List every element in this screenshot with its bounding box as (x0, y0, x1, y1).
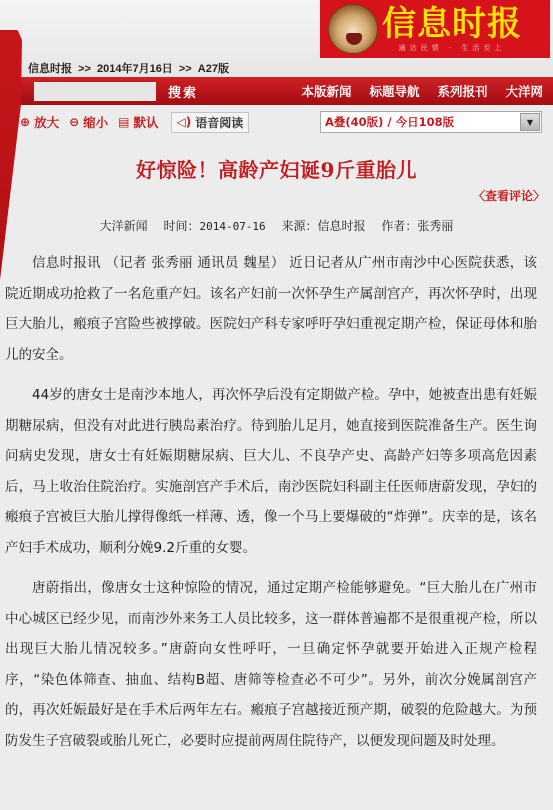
zoom-out-button[interactable]: ⊖ 缩小 (69, 113, 108, 131)
voice-read-label: 语音阅读 (195, 114, 243, 131)
logo-title: 信息时报 (382, 5, 522, 43)
site-logo[interactable]: 信息时报 通达民情 · 生活至上 (320, 0, 550, 58)
lion-mascot-icon (328, 4, 378, 54)
meta-time-value: 2014-07-16 (199, 220, 265, 233)
search-button[interactable]: 搜索 (168, 82, 198, 101)
zoom-out-label: 缩小 (83, 113, 108, 131)
voice-read-button[interactable]: ◁) 语音阅读 (171, 112, 250, 133)
meta-site: 大洋新闻 (100, 219, 148, 233)
article-paragraph: 信息时报讯 （记者 张秀丽 通讯员 魏星） 近日记者从广州市南沙中心医院获悉，该… (5, 248, 537, 370)
breadcrumb-home[interactable]: 信息时报 (28, 63, 72, 75)
article: 好惊险！高龄产妇诞9斤重胎儿 〈查看评论〉 大洋新闻 时间：2014-07-16… (0, 140, 553, 766)
search-input[interactable] (34, 82, 156, 101)
meta-author-value: 张秀丽 (417, 219, 453, 233)
meta-author-label: 作者： (381, 219, 417, 233)
article-paragraph: 44岁的唐女士是南沙本地人，再次怀孕后没有定期做产检。孕中，她被查出患有妊娠期糖… (5, 380, 537, 563)
document-icon: ▤ (118, 115, 129, 129)
default-size-label: 默认 (134, 113, 159, 131)
meta-time-label: 时间： (163, 219, 199, 233)
meta-time: 时间：2014-07-16 (163, 219, 265, 233)
main-navbar: 搜索 本版新闻 标题导航 系列报刊 大洋网 (20, 77, 553, 105)
meta-source: 来源：信息时报 (282, 219, 366, 233)
breadcrumb-separator: >> (78, 63, 91, 75)
breadcrumb: 信息时报 >> 2014年7月16日 >> A27版 (28, 60, 232, 76)
chevron-down-icon[interactable]: ▼ (520, 113, 540, 131)
breadcrumb-separator: >> (179, 63, 192, 75)
edition-select[interactable]: A叠(40版) / 今日108版 ▼ (320, 111, 542, 133)
nav-link-series-publications[interactable]: 系列报刊 (437, 82, 487, 100)
article-meta: 大洋新闻 时间：2014-07-16 来源：信息时报 作者：张秀丽 (0, 217, 553, 234)
logo-slogan: 通达民情 · 生活至上 (399, 43, 506, 53)
zoom-out-icon: ⊖ (69, 115, 79, 129)
edition-select-value: A叠(40版) / 今日108版 (321, 114, 454, 130)
view-comments-link[interactable]: 〈查看评论〉 (473, 187, 545, 204)
nav-links: 本版新闻 标题导航 系列报刊 大洋网 (301, 82, 543, 100)
article-paragraph: 唐蔚指出，像唐女士这种惊险的情况，通过定期产检能够避免。“巨大胎儿在广州市中心城… (5, 573, 537, 756)
breadcrumb-date[interactable]: 2014年7月16日 (97, 63, 173, 75)
article-title: 好惊险！高龄产妇诞9斤重胎儿 (0, 154, 553, 183)
meta-source-value: 信息时报 (318, 219, 366, 233)
article-body: 信息时报讯 （记者 张秀丽 通讯员 魏星） 近日记者从广州市南沙中心医院获悉，该… (0, 234, 553, 756)
zoom-in-icon: ⊕ (20, 115, 30, 129)
nav-link-dayoo[interactable]: 大洋网 (505, 82, 543, 100)
meta-author: 作者：张秀丽 (381, 219, 453, 233)
speaker-icon: ◁) (177, 115, 192, 129)
meta-source-label: 来源： (282, 219, 318, 233)
breadcrumb-page[interactable]: A27版 (198, 63, 229, 75)
nav-link-page-news[interactable]: 本版新闻 (301, 82, 351, 100)
zoom-in-label: 放大 (34, 113, 59, 131)
default-size-button[interactable]: ▤ 默认 (118, 113, 158, 131)
nav-link-title-navigation[interactable]: 标题导航 (369, 82, 419, 100)
zoom-in-button[interactable]: ⊕ 放大 (20, 113, 59, 131)
